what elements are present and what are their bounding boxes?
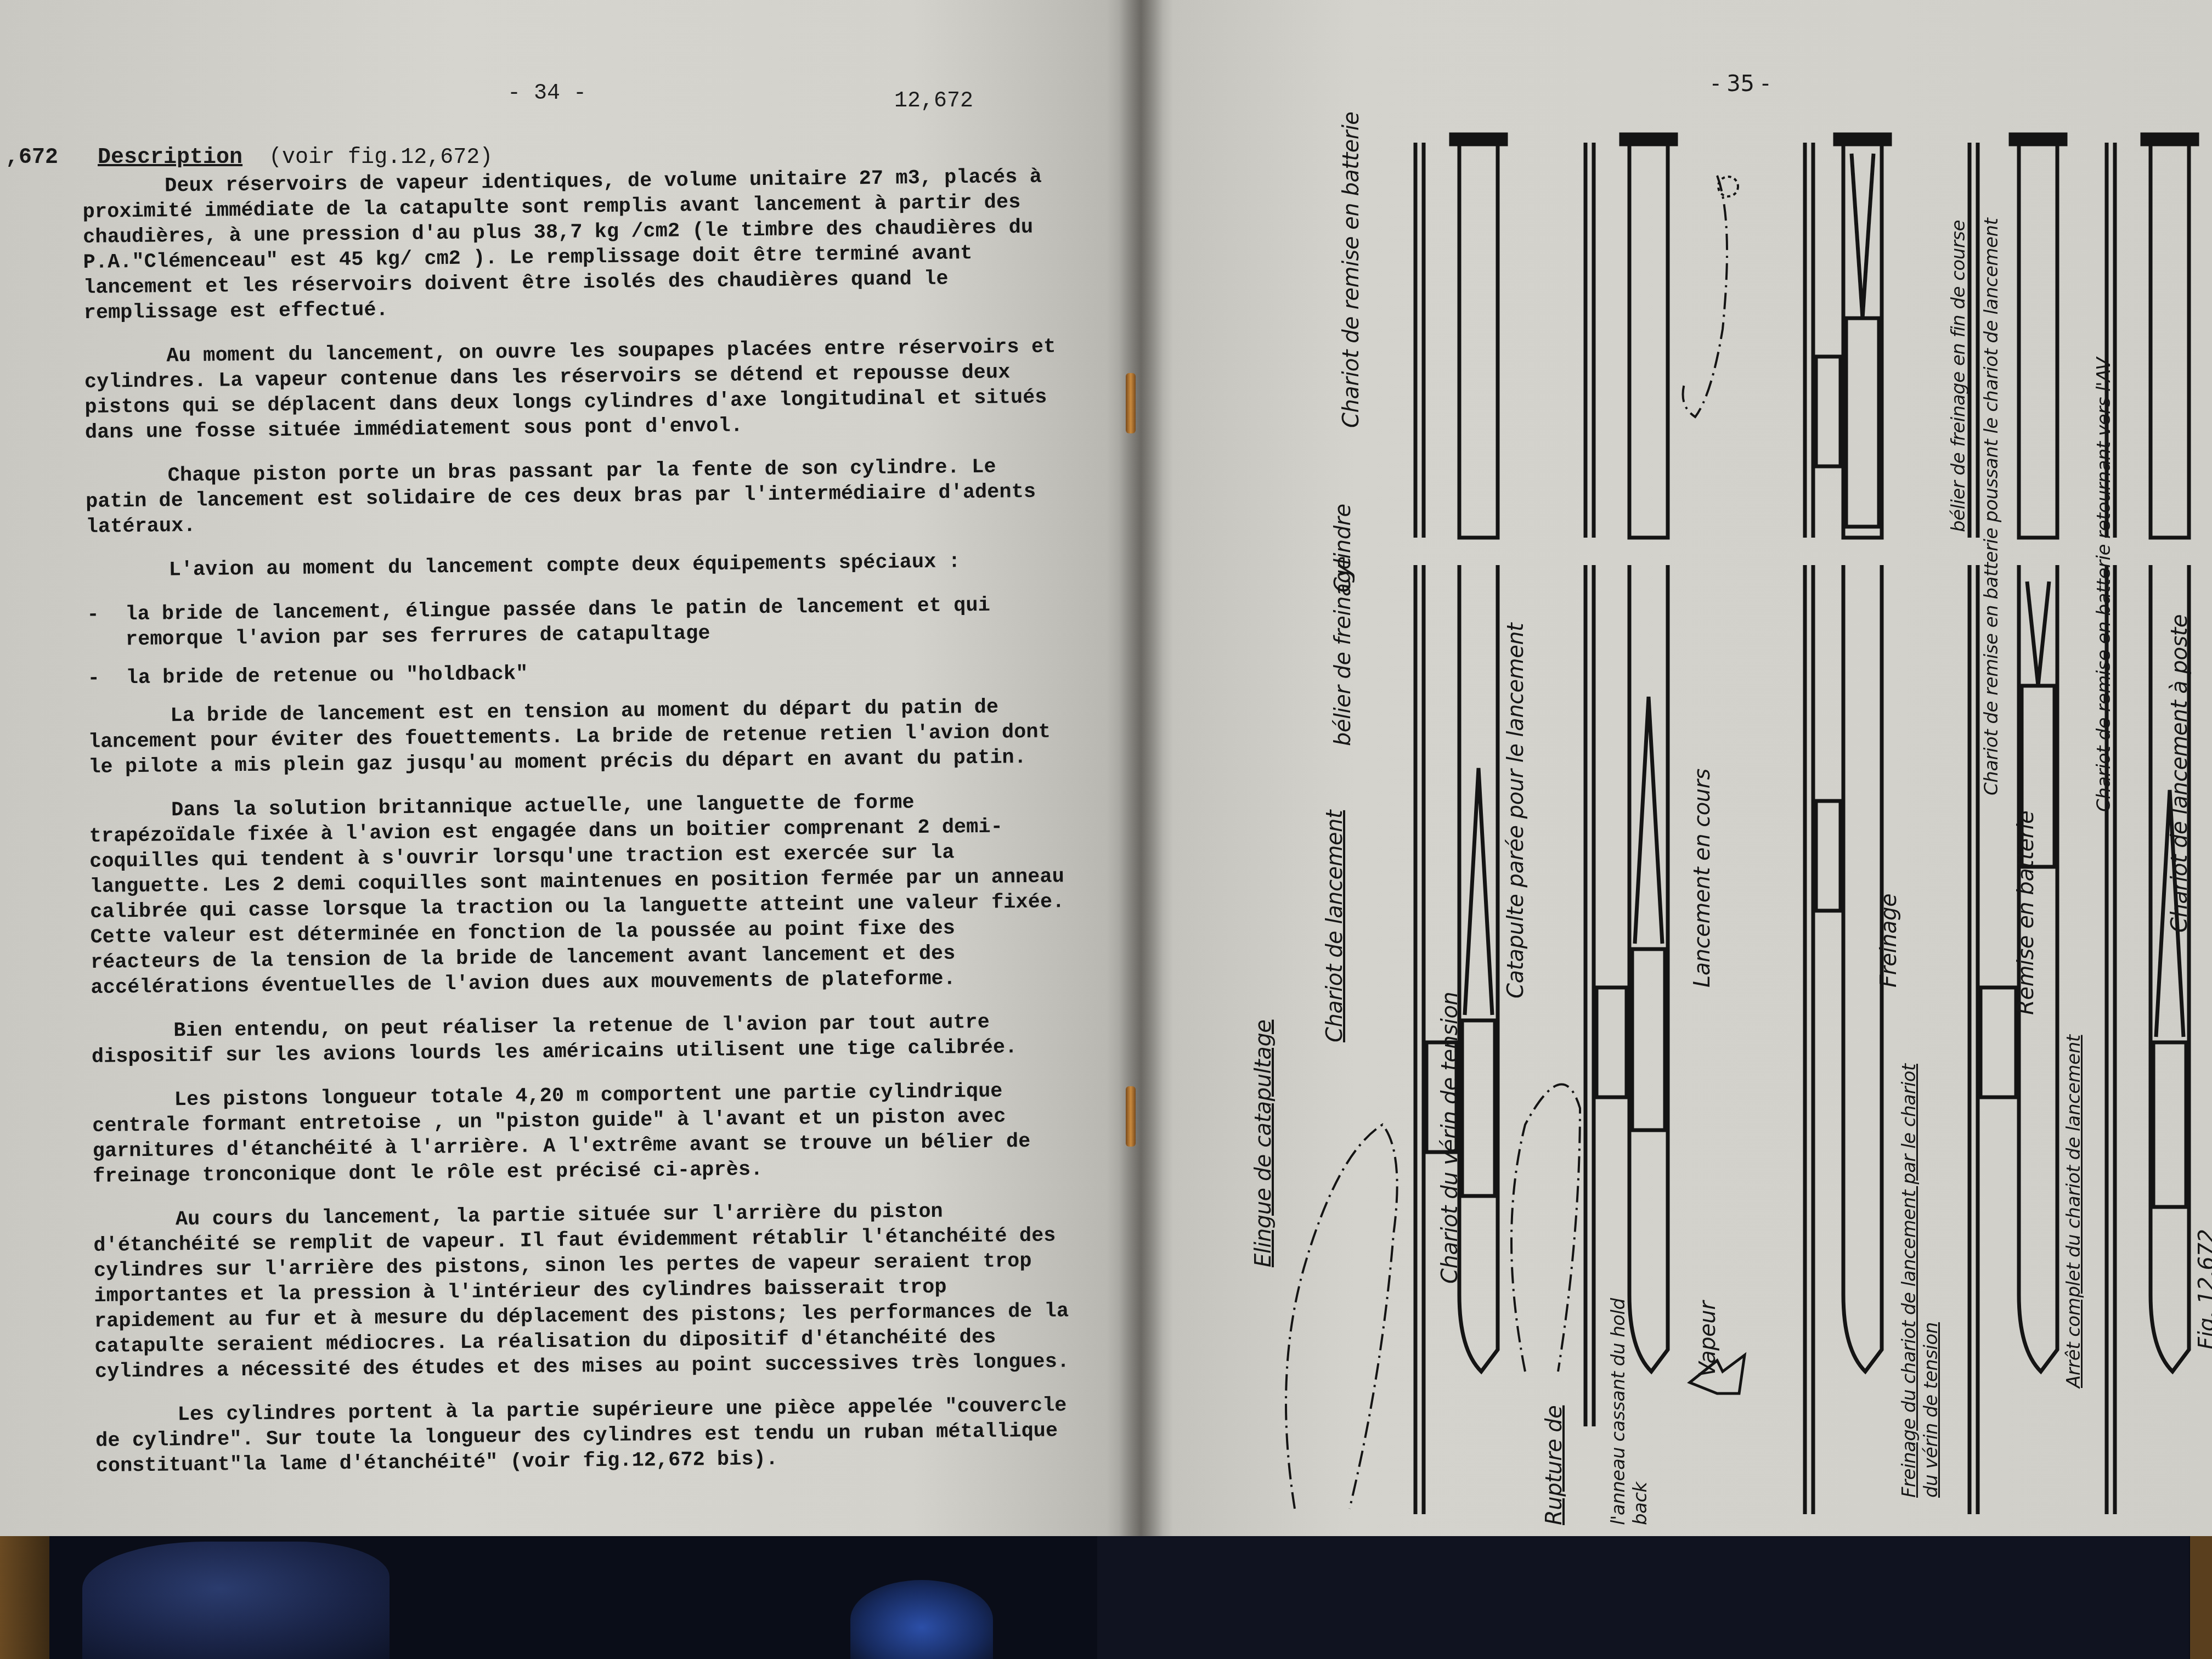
paragraph: Au cours du lancement, la partie située … — [93, 1198, 1077, 1385]
label-arret: Arrêt complet du chariot de lancement — [2063, 1035, 2085, 1388]
label-chariot-remise: Chariot de remise en batterie — [1339, 112, 1364, 428]
stage-2-title: Lancement en cours — [1690, 769, 1715, 988]
blue-fabric — [82, 1542, 390, 1659]
catapult-diagram: Elingue de catapultage Chariot de lancem… — [1240, 110, 2212, 1536]
aircraft-outline-1 — [1286, 1125, 1397, 1509]
paragraph: La bride de lancement est en tension au … — [88, 694, 1070, 780]
section-title: ,672 Description (voir fig.12,672) — [5, 145, 493, 170]
aircraft-outline-3 — [1683, 176, 1728, 417]
document-reference: 12,672 — [894, 89, 973, 114]
aircraft-outline-2 — [1511, 1085, 1580, 1372]
blue-fabric-2 — [850, 1580, 993, 1659]
stage-1-title: Catapulte parée pour le lancement — [1503, 623, 1528, 998]
stage-3-cylinder — [1805, 134, 1890, 1514]
label-retour-av: Chariot de remise en batterie retournant… — [2093, 358, 2115, 812]
label-vapeur: Vapeur — [1695, 1301, 1720, 1377]
paragraph: Chaque piston porte un bras passant par … — [86, 454, 1068, 540]
page-gutter — [1119, 0, 1163, 1536]
section-heading: Description — [98, 145, 242, 170]
label-belier-fin: bélier de freinage en fin de course — [1948, 220, 1970, 532]
paragraph: Les cylindres portent à la partie supéri… — [95, 1393, 1077, 1479]
label-anneau: l'anneau cassant du hold back — [1607, 1295, 1651, 1525]
stage-5-title: Chariot de lancement à poste — [2167, 614, 2192, 933]
bullet-item: la bride de retenue ou "holdback" — [87, 656, 1069, 691]
left-page: - 34 - 12,672 ,672 Description (voir fig… — [0, 0, 1141, 1536]
staple-bottom — [1126, 1086, 1136, 1147]
stage-2-cylinder — [1585, 134, 1745, 1426]
stage-1-cylinder — [1415, 134, 1506, 1514]
label-chariot-lancement: Chariot de lancement — [1322, 810, 1347, 1042]
paragraph: L'avion au moment du lancement compte de… — [86, 548, 1068, 584]
label-chariot-verin: Chariot du vérin de tension — [1437, 992, 1463, 1284]
label-rupture: Rupture de — [1542, 1406, 1567, 1525]
section-number: ,672 — [5, 145, 58, 170]
page-number-right: - 35 - — [1712, 71, 1769, 97]
figure-caption: Fig. 12,672 — [2194, 1229, 2212, 1350]
paragraph: Bien entendu, on peut réaliser la retenu… — [91, 1009, 1074, 1070]
label-cylindre: Cylindre — [1330, 504, 1356, 592]
label-elingue: Elingue de catapultage — [1251, 1020, 1276, 1267]
table-surface-right — [2190, 1525, 2212, 1659]
body-text: Deux réservoirs de vapeur identiques, de… — [82, 164, 1078, 1498]
stage-3-title: Freinage — [1876, 894, 1901, 988]
page-number-left: - 34 - — [507, 81, 586, 106]
paragraph: Dans la solution britannique actuelle, u… — [89, 788, 1073, 1001]
paragraph: Deux réservoirs de vapeur identiques, de… — [82, 164, 1066, 326]
label-freinage-chariot: Freinage du chariot de lancement par le … — [1898, 1048, 1942, 1498]
paragraph: Les pistons longueur totale 4,20 m compo… — [92, 1078, 1075, 1189]
label-remise-poussant: Chariot de remise en batterie poussant l… — [1980, 110, 2002, 795]
paragraph: Au moment du lancement, on ouvre les sou… — [84, 334, 1067, 445]
figure-reference: (voir fig.12,672) — [269, 145, 493, 170]
bullet-item: la bride de lancement, élingue passée da… — [87, 592, 1069, 653]
dark-cover-below — [1097, 1536, 2189, 1659]
stage-4-title: Remise en batterie — [2013, 811, 2039, 1015]
staple-top — [1126, 373, 1136, 433]
table-surface — [0, 1525, 49, 1659]
